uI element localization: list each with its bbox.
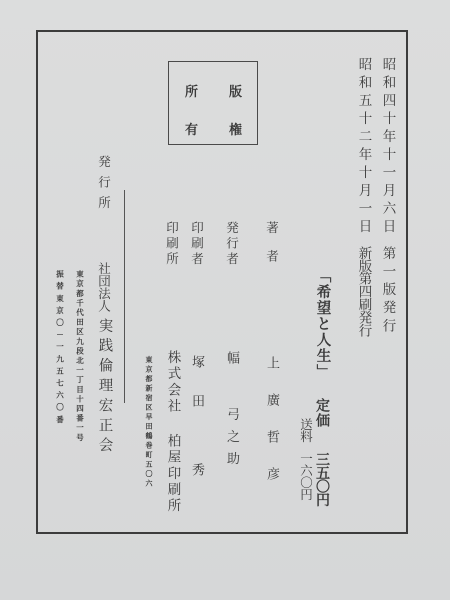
first-edition-date: 昭和四十年十一月六日 (380, 57, 394, 237)
print-shop-name: 株式会社 柏屋印刷所 (165, 350, 179, 515)
author-label: 著者 (265, 221, 278, 278)
shipping-label: 送料 (299, 418, 312, 442)
copyright-stamp-box: 所 版 有 権 (168, 61, 258, 145)
new-edition-note: 新版第四刷発行 (356, 246, 370, 336)
author-name: 上廣哲彦 (265, 356, 278, 504)
issuer-address: 東京都千代田区九段北一丁目十四番一号 (76, 270, 84, 443)
issuer-corp-type: 社団法人 (97, 262, 110, 312)
publisher-person-label: 発行者 (225, 221, 238, 268)
printer-person-label: 印刷者 (190, 221, 203, 268)
issuer-label: 発行所 (97, 155, 110, 217)
publisher-surname: 幅 (224, 351, 239, 364)
stamp-char-bl: 有 (185, 119, 198, 138)
printer-given-name: 秀 (189, 463, 204, 476)
issuer-name: 実践倫理宏正会 (97, 318, 112, 457)
issuer-divider-line (124, 190, 125, 403)
publisher-person-name: 幅弓之助 (225, 351, 238, 474)
printer-person-name: 塚田秀 (190, 355, 203, 476)
stamp-char-tr: 版 (229, 81, 242, 100)
shipping-value: 一六〇円 (299, 452, 312, 500)
printer-surname: 塚田 (189, 355, 204, 433)
price-label: 定価 (315, 398, 329, 428)
issuer-transfer-account: 振替東京〇－一九五七六〇番 (56, 270, 64, 427)
price-value: 三五〇円 (315, 452, 329, 506)
first-edition-note: 第一版発行 (380, 246, 394, 337)
stamp-char-tl: 所 (185, 81, 198, 100)
book-title: 「希望と人生」 (315, 268, 330, 380)
stamp-char-br: 権 (229, 119, 242, 138)
publisher-given-name: 弓之助 (224, 408, 239, 474)
new-edition-date: 昭和五十二年十月一日 (356, 57, 370, 237)
print-shop-label: 印刷所 (165, 221, 178, 268)
print-shop-address: 東京都新宿区早田鶴巻町五〇六 (146, 356, 153, 489)
